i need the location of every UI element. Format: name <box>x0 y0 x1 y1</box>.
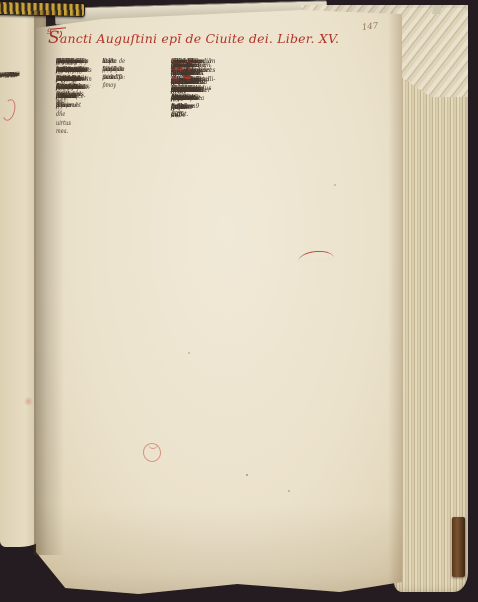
red-arc-mark <box>1 98 18 122</box>
clasp-remnant <box>452 517 465 577</box>
manuscript-photo: em acq̄o diſcbens inmulantſa gaſsinedmne… <box>0 0 478 602</box>
text-line: ita largū habemus: ut ī oīb9 q̄ poſſint <box>56 58 80 91</box>
red-circle-scribble <box>142 440 162 466</box>
text-line: multa ſenſerūt: mul- <box>102 58 124 82</box>
ink-specks <box>246 474 248 476</box>
red-line-filler-flourish <box>298 249 335 261</box>
text-line: aliud uas ī honorem: aliud ī contumeliā. <box>171 62 206 95</box>
facing-page-text-fragments: em acq̄o diſcbens inmulantſa gaſsinedmne… <box>0 70 30 71</box>
pink-ink-blot <box>24 397 33 406</box>
folio-number: 147 <box>362 21 379 33</box>
page-bottom-shadow <box>36 504 402 602</box>
manuscript-page: Sancti Auguſtini epī de Ciuite dei. Libe… <box>36 4 402 602</box>
running-title-text: Sancti Auguſtini epī de Ciuite dei. Libe… <box>48 28 339 48</box>
endband-braid <box>0 1 85 17</box>
text-line: os quos <box>0 71 18 81</box>
